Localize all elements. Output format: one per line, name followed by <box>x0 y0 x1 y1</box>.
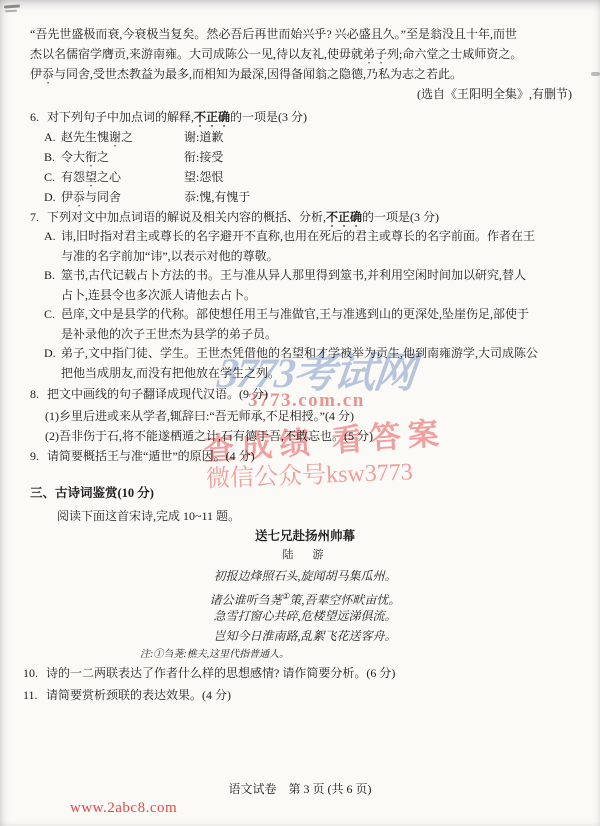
poem-line: 岂知今日淮南路,乱絮飞花送客舟。 <box>20 626 590 647</box>
poem-note: 注:①刍荛:樵夫,这里代指普通人。 <box>30 645 572 665</box>
section-3-instruction: 阅读下面这首宋诗,完成 10~11 题。 <box>30 506 572 526</box>
option-explanation: 衔:接受 <box>184 147 223 167</box>
option-explanation: 望:怨恨 <box>184 167 223 187</box>
emphasized-word: 忝 <box>73 190 85 204</box>
question-7-option-a: A.讳,旧时指对君主或尊长的名字避开不直称,也用在死后的君主或尊长的名字前面。作… <box>44 227 572 266</box>
question-11: 11.请简要赏析颈联的表达效果。(4 分) <box>23 685 572 705</box>
question-number: 10. <box>23 663 46 683</box>
question-6: 6.对下列句子中加点词的解释,不正确的一项是(3 分) A.赵先生愧谢之谢:道歉… <box>30 107 572 207</box>
question-7-option-b: B.筮书,古代记载占卜方法的书。王与准从异人那里得到筮书,并利用空闲时间加以研究… <box>44 266 572 305</box>
emphasized-word: 弟子 <box>363 47 387 61</box>
scan-smudge-top-left <box>5 10 17 13</box>
poem-line: 初报边烽照石头,旋闻胡马集瓜州。 <box>20 566 590 586</box>
question-number: 8. <box>30 384 47 404</box>
question-6-option-d: D.伊忝与同舍忝:愧,有愧于 <box>44 187 572 207</box>
passage-ending: “吾先世盛极而衰,今衰极当复矣。然必吾后再世而始兴乎? 兴必盛且久。”至是翁没且… <box>30 24 572 104</box>
question-number: 6. <box>30 107 47 127</box>
question-number: 9. <box>30 446 47 466</box>
poem-title: 送七兄赴扬州帅幕 <box>20 526 590 546</box>
watermark-bottom-url: www.2abc8.com <box>70 800 177 817</box>
poem-line: 诸公谁听刍荛①策,吾辈空怀畎亩忧。 <box>20 586 590 606</box>
question-10: 10.诗的一二两联表达了作者什么样的思想感情? 请作简要分析。(6 分) <box>23 663 572 683</box>
passage-line: 杰以名儒宿学膺贡,来游南雍。大司成陈公一见,待以友礼,使毋就弟子列;命六堂之士咸… <box>30 44 572 64</box>
question-6-stem: 6.对下列句子中加点词的解释,不正确的一项是(3 分) <box>30 107 572 127</box>
question-6-option-c: C.有怨望之心望:怨恨 <box>44 167 572 187</box>
emphasized-word: 衔 <box>85 150 97 164</box>
question-7-option-c: C.邑庠,文中是县学的代称。部使想任用王与准做官,王与准逃到山的更深处,坠崖伤足… <box>44 305 572 344</box>
poem-line: 急雪打窗心共碎,危楼望远涕俱流。 <box>20 606 590 626</box>
emphasized-word: 谢 <box>109 130 121 144</box>
question-8-sub-2: (2)吾非伤于石,将不能遂栖遁之计,石有德于吾,不敢忘也。(5 分) <box>30 426 572 446</box>
passage-line: 伊忝与同舍,受世杰教益为最多,而相知为最深,因得备闻翁之隐德,乃私为志之若此。 <box>30 64 572 84</box>
poem-author: 陆 游 <box>20 546 590 564</box>
question-8-sub-1: (1)乡里后进或来从学者,辄辞曰:“吾无师承,不足相授。”(4 分) <box>30 406 572 426</box>
question-9: 9.请简要概括王与准“遁世”的原因。(4 分) <box>30 446 572 466</box>
question-number: 11. <box>23 685 46 705</box>
exam-paper-page: “吾先世盛极而衰,今衰极当复矣。然必吾后再世而始兴乎? 兴必盛且久。”至是翁没且… <box>0 0 600 826</box>
emphasized-word: 忝 <box>42 67 54 81</box>
emphasized-word: 不正确 <box>194 110 230 124</box>
emphasized-word: 望 <box>85 170 97 184</box>
scan-smudge-right-edge <box>591 72 600 76</box>
question-7: 7.下列对文中加点词语的解说及相关内容的概括、分析,不正确的一项是(3 分) <box>30 207 572 227</box>
question-6-option-b: B.令大衔之衔:接受 <box>44 147 572 167</box>
passage-line: “吾先世盛极而衰,今衰极当复矣。然必吾后再世而始兴乎? 兴必盛且久。”至是翁没且… <box>30 24 572 44</box>
option-explanation: 忝:愧,有愧于 <box>184 187 250 207</box>
question-number: 7. <box>30 207 47 227</box>
option-explanation: 谢:道歉 <box>184 127 223 147</box>
question-6-options: A.赵先生愧谢之谢:道歉 B.令大衔之衔:接受 C.有怨望之心望:怨恨 D.伊忝… <box>44 127 572 207</box>
poem: 送七兄赴扬州帅幕 陆 游 初报边烽照石头,旋闻胡马集瓜州。 诸公谁听刍荛①策,吾… <box>20 526 590 647</box>
passage-source: (选自《王阳明全集》,有删节) <box>30 84 572 104</box>
question-8: 8.把文中画线的句子翻译成现代汉语。(9 分) <box>30 384 572 404</box>
section-3-heading: 三、古诗词鉴赏(10 分) <box>30 483 572 503</box>
question-7-options: A.讳,旧时指对君主或尊长的名字避开不直称,也用在死后的君主或尊长的名字前面。作… <box>30 227 572 383</box>
question-7-option-d: D.弟子,文中指门徒、学生。王世杰凭借他的名望和才学被举为贡生,他到南雍游学,大… <box>44 344 572 383</box>
question-6-option-a: A.赵先生愧谢之谢:道歉 <box>44 127 572 147</box>
question-7-stem: 7.下列对文中加点词语的解说及相关内容的概括、分析,不正确的一项是(3 分) <box>30 207 572 227</box>
scan-smudge-top-left <box>4 4 20 8</box>
page-footer: 语文试卷 第 3 页 (共 6 页) <box>0 780 600 797</box>
emphasized-word: 不正确 <box>326 210 362 224</box>
